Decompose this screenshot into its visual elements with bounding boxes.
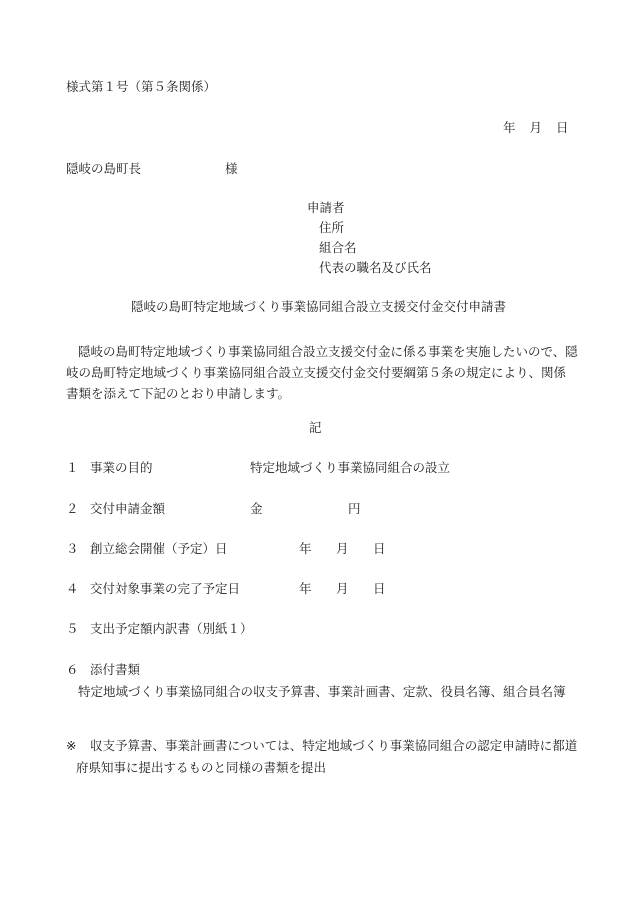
addressee-name: 隠岐の島町長 xyxy=(66,161,141,176)
date-day: 日 xyxy=(373,583,386,596)
applicant-block: 申請者 住所 組合名 代表の職名及び氏名 xyxy=(307,202,432,282)
item-2: ２交付申請金額 金 円 xyxy=(66,503,165,516)
date-month: 月 xyxy=(336,583,349,596)
date-month: 月 xyxy=(530,122,543,135)
item-5: ５支出予定額内訳書（別紙１） xyxy=(66,623,253,636)
item-label: 事業の目的 xyxy=(90,462,153,475)
item-label: 創立総会開催（予定）日 xyxy=(90,543,228,556)
item-number: ６ xyxy=(66,664,90,677)
applicant-union-name-label: 組合名 xyxy=(307,242,432,262)
item-label: 支出予定額内訳書（別紙１） xyxy=(90,623,253,636)
item-3: ３創立総会開催（予定）日 年 月 日 xyxy=(66,543,228,556)
item-number: ３ xyxy=(66,543,90,556)
item-4: ４交付対象事業の完了予定日 年 月 日 xyxy=(66,583,240,596)
footnote: ※収支予算書、事業計画書については、特定地域づくり事業協同組合の認定申請時に都道… xyxy=(66,735,582,779)
item-label: 添付書類 xyxy=(90,664,140,677)
applicant-address-label: 住所 xyxy=(307,222,432,242)
date-month: 月 xyxy=(336,543,349,556)
item-label: 交付申請金額 xyxy=(90,503,165,516)
addressee: 隠岐の島町長 様 xyxy=(66,163,141,176)
date-year: 年 xyxy=(503,122,516,135)
body-paragraph: 隠岐の島町特定地域づくり事業協同組合設立支援交付金に係る事業を実施したいので、隠… xyxy=(66,341,578,404)
date-line: 年月日 xyxy=(503,122,569,135)
item-6: ６添付書類 xyxy=(66,664,140,677)
date-year: 年 xyxy=(299,583,312,596)
item-value: 特定地域づくり事業協同組合の設立 xyxy=(250,462,450,475)
applicant-representative-label: 代表の職名及び氏名 xyxy=(307,262,432,282)
applicant-heading: 申請者 xyxy=(307,202,432,222)
date-year: 年 xyxy=(299,543,312,556)
item-number: ４ xyxy=(66,583,90,596)
item-1: １事業の目的 特定地域づくり事業協同組合の設立 xyxy=(66,462,153,475)
addressee-honorific: 様 xyxy=(225,163,238,176)
attachment-list: 特定地域づくり事業協同組合の収支予算書、事業計画書、定款、役員名簿、組合員名簿 xyxy=(78,686,566,699)
reference-mark-icon: ※ xyxy=(66,735,90,757)
item-number: ５ xyxy=(66,623,90,636)
item-number: １ xyxy=(66,462,90,475)
date-day: 日 xyxy=(373,543,386,556)
document-title: 隠岐の島町特定地域づくり事業協同組合設立支援交付金交付申請書 xyxy=(131,301,506,314)
ki-heading: 記 xyxy=(309,422,322,435)
amount-prefix: 金 xyxy=(250,503,263,516)
item-number: ２ xyxy=(66,503,90,516)
form-number: 様式第１号（第５条関係） xyxy=(66,81,216,94)
item-label: 交付対象事業の完了予定日 xyxy=(90,583,240,596)
amount-suffix: 円 xyxy=(348,503,361,516)
footnote-line-1: 収支予算書、事業計画書については、特定地域づくり事業協同組合の認定申請時に都道 xyxy=(90,738,577,753)
footnote-line-2: 府県知事に提出するものと同様の書類を提出 xyxy=(66,757,582,779)
date-day: 日 xyxy=(556,122,569,135)
